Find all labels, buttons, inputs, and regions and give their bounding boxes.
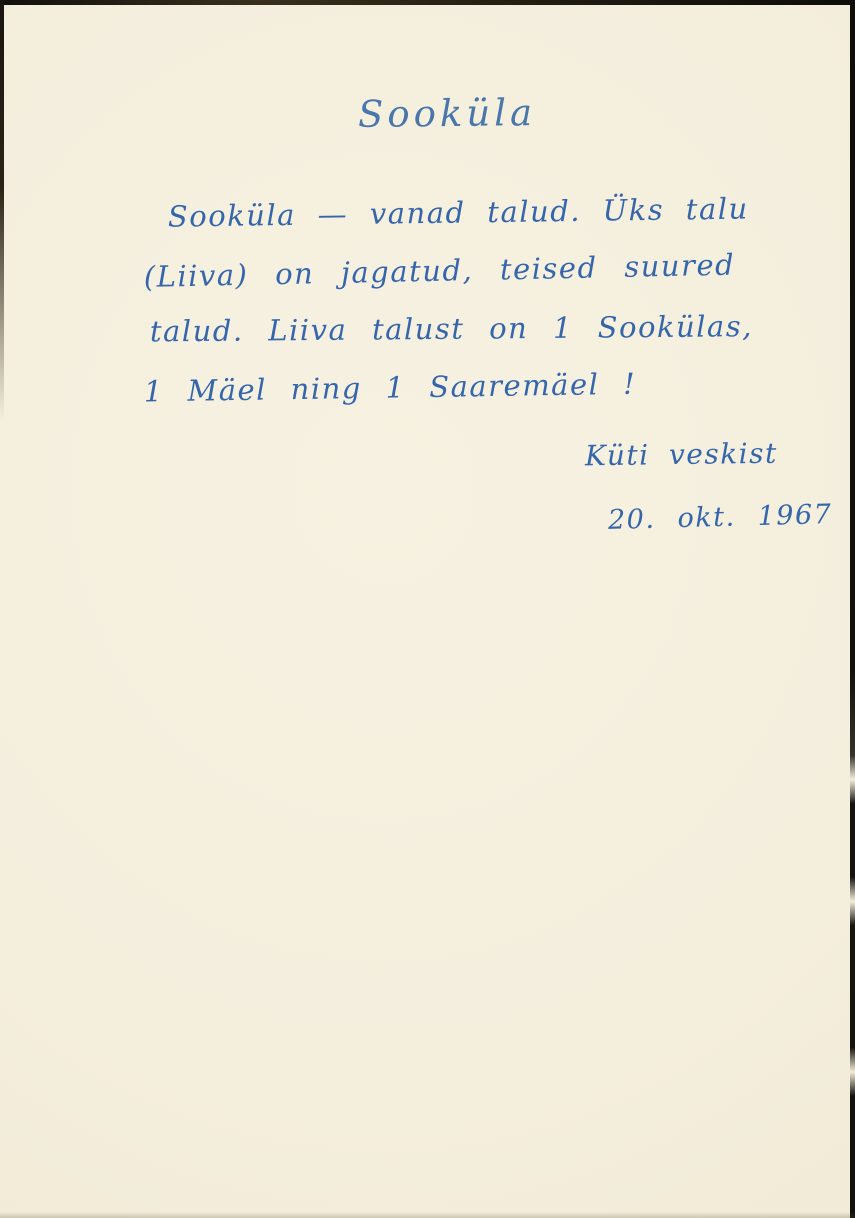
scan-edge-right (850, 0, 855, 1218)
scanned-page: Sooküla Sooküla — vanad talud. Üks talu … (0, 0, 855, 1218)
signature-line: Küti veskist (585, 437, 778, 473)
scan-edge-top (0, 0, 855, 5)
date-line: 20. okt. 1967 (608, 499, 833, 536)
handwritten-paragraph: Sooküla — vanad talud. Üks talu (Liiva) … (0, 196, 855, 428)
handwritten-line: talud. Liiva talust on 1 Sookülas, (0, 308, 855, 373)
scan-edge-bottom (0, 1212, 855, 1218)
page-title: Sooküla (358, 91, 536, 136)
handwritten-line: 1 Mäel ning 1 Saaremäel ! (0, 363, 855, 434)
